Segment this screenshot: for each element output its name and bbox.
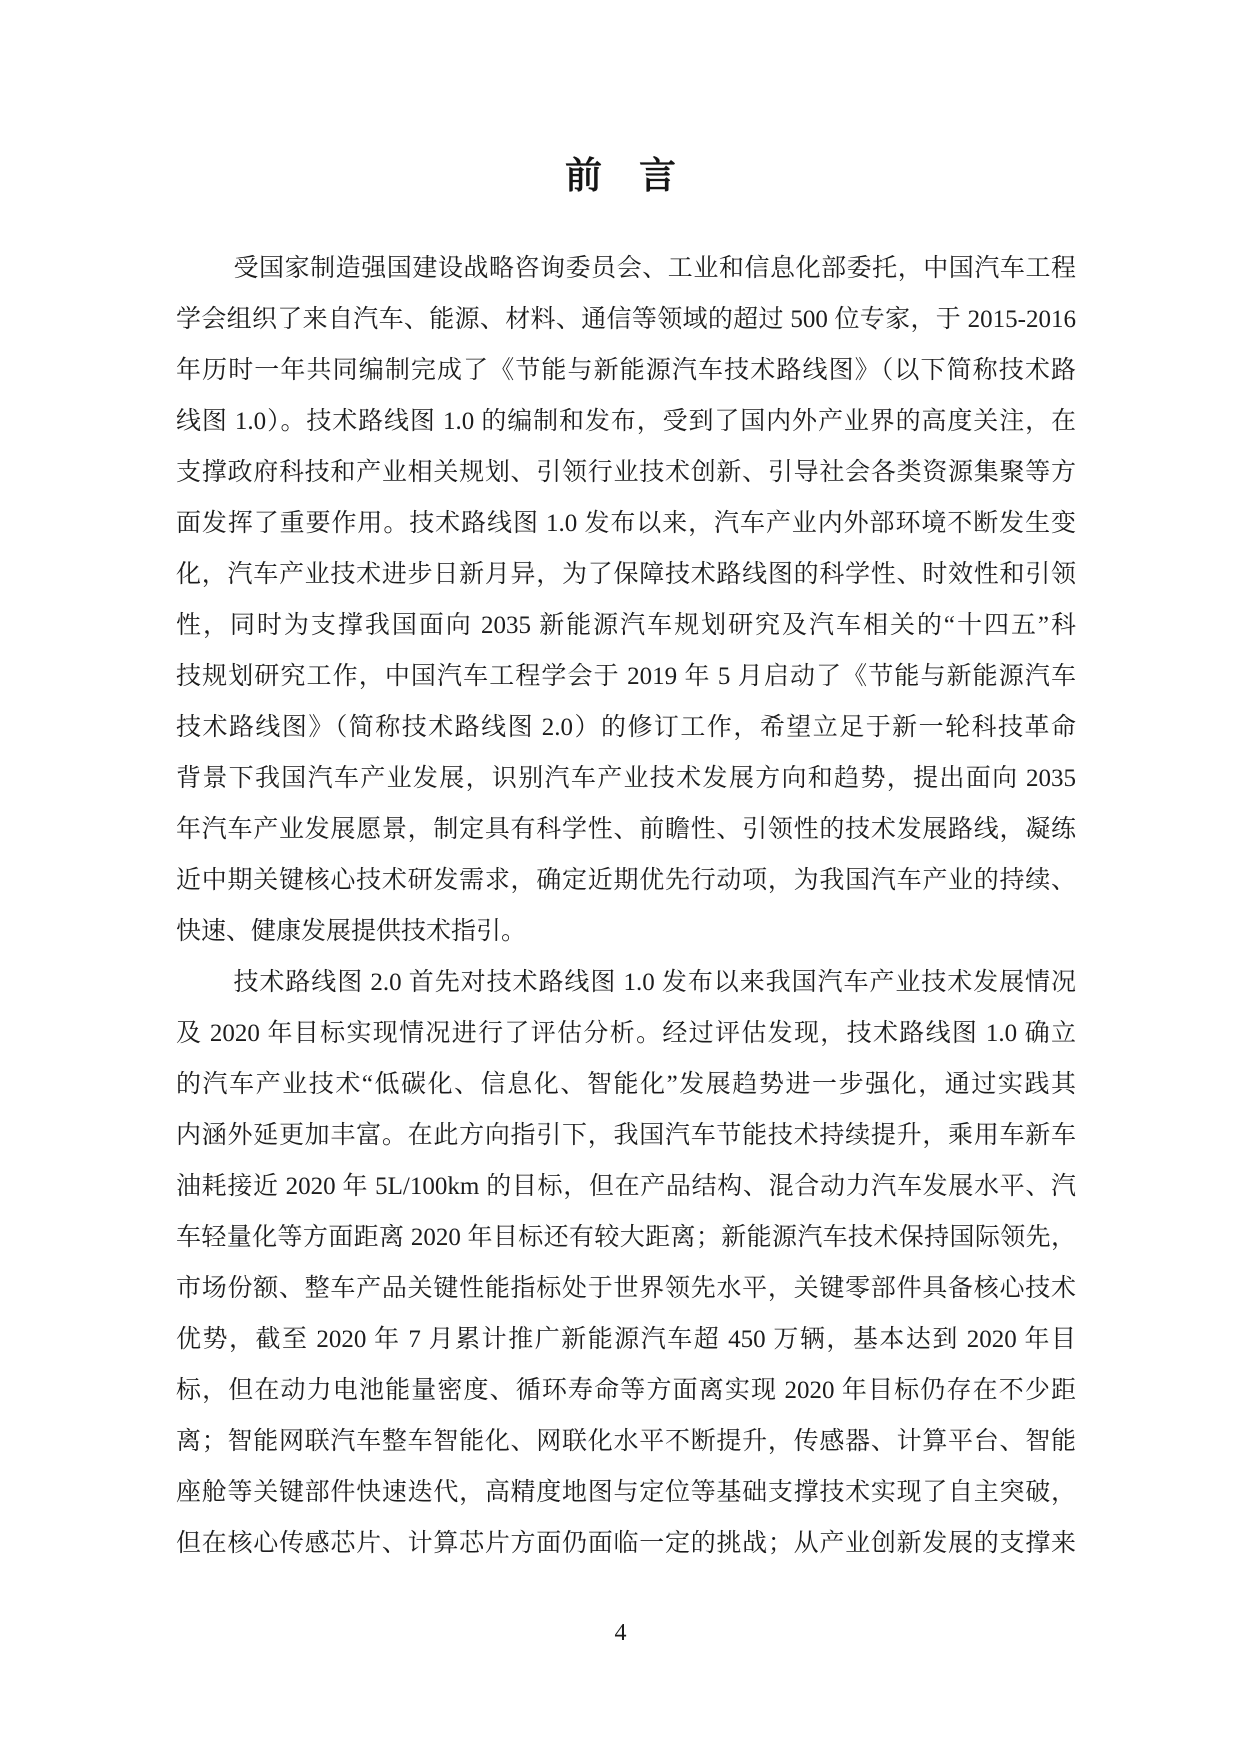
- text-line: 内涵外延更加丰富。在此方向指引下，我国汽车节能技术持续提升，乘用车新车: [176, 1110, 1076, 1161]
- text-line: 背景下我国汽车产业发展，识别汽车产业技术发展方向和趋势，提出面向 2035: [176, 753, 1076, 804]
- text-line: 座舱等关键部件快速迭代，高精度地图与定位等基础支撑技术实现了自主突破，: [176, 1467, 1076, 1518]
- text-line: 化，汽车产业技术进步日新月异，为了保障技术路线图的科学性、时效性和引领: [176, 549, 1076, 600]
- text-line: 市场份额、整车产品关键性能指标处于世界领先水平，关键零部件具备核心技术: [176, 1263, 1076, 1314]
- text-line: 快速、健康发展提供技术指引。: [176, 906, 1076, 957]
- text-line: 技术路线图》（简称技术路线图 2.0）的修订工作，希望立足于新一轮科技革命: [176, 702, 1076, 753]
- text-line: 学会组织了来自汽车、能源、材料、通信等领域的超过 500 位专家，于 2015-…: [176, 294, 1076, 345]
- page-number: 4: [0, 1618, 1241, 1648]
- text-line: 线图 1.0）。技术路线图 1.0 的编制和发布，受到了国内外产业界的高度关注，…: [176, 396, 1076, 447]
- document-page: 前 言 受国家制造强国建设战略咨询委员会、工业和信息化部委托，中国汽车工程 学会…: [0, 0, 1241, 1754]
- text-line: 离；智能网联汽车整车智能化、网联化水平不断提升，传感器、计算平台、智能: [176, 1416, 1076, 1467]
- text-line: 的汽车产业技术“低碳化、信息化、智能化”发展趋势进一步强化，通过实践其: [176, 1059, 1076, 1110]
- text-line: 近中期关键核心技术研发需求，确定近期优先行动项，为我国汽车产业的持续、: [176, 855, 1076, 906]
- text-line: 支撑政府科技和产业相关规划、引领行业技术创新、引导社会各类资源集聚等方: [176, 447, 1076, 498]
- text-line: 年汽车产业发展愿景，制定具有科学性、前瞻性、引领性的技术发展路线，凝练: [176, 804, 1076, 855]
- preface-title: 前 言: [0, 152, 1241, 202]
- text-line: 年历时一年共同编制完成了《节能与新能源汽车技术路线图》（以下简称技术路: [176, 345, 1076, 396]
- text-line: 面发挥了重要作用。技术路线图 1.0 发布以来，汽车产业内外部环境不断发生变: [176, 498, 1076, 549]
- text-line: 及 2020 年目标实现情况进行了评估分析。经过评估发现，技术路线图 1.0 确…: [176, 1008, 1076, 1059]
- text-line: 性，同时为支撑我国面向 2035 新能源汽车规划研究及汽车相关的“十四五”科: [176, 600, 1076, 651]
- text-line: 优势，截至 2020 年 7 月累计推广新能源汽车超 450 万辆，基本达到 2…: [176, 1314, 1076, 1365]
- text-line: 车轻量化等方面距离 2020 年目标还有较大距离；新能源汽车技术保持国际领先，: [176, 1212, 1076, 1263]
- text-line: 油耗接近 2020 年 5L/100km 的目标，但在产品结构、混合动力汽车发展…: [176, 1161, 1076, 1212]
- text-line: 技规划研究工作，中国汽车工程学会于 2019 年 5 月启动了《节能与新能源汽车: [176, 651, 1076, 702]
- text-line: 受国家制造强国建设战略咨询委员会、工业和信息化部委托，中国汽车工程: [176, 243, 1076, 294]
- text-line: 技术路线图 2.0 首先对技术路线图 1.0 发布以来我国汽车产业技术发展情况: [176, 957, 1076, 1008]
- body-text: 受国家制造强国建设战略咨询委员会、工业和信息化部委托，中国汽车工程 学会组织了来…: [176, 243, 1076, 1569]
- text-line: 标，但在动力电池能量密度、循环寿命等方面离实现 2020 年目标仍存在不少距: [176, 1365, 1076, 1416]
- text-line: 但在核心传感芯片、计算芯片方面仍面临一定的挑战；从产业创新发展的支撑来: [176, 1518, 1076, 1569]
